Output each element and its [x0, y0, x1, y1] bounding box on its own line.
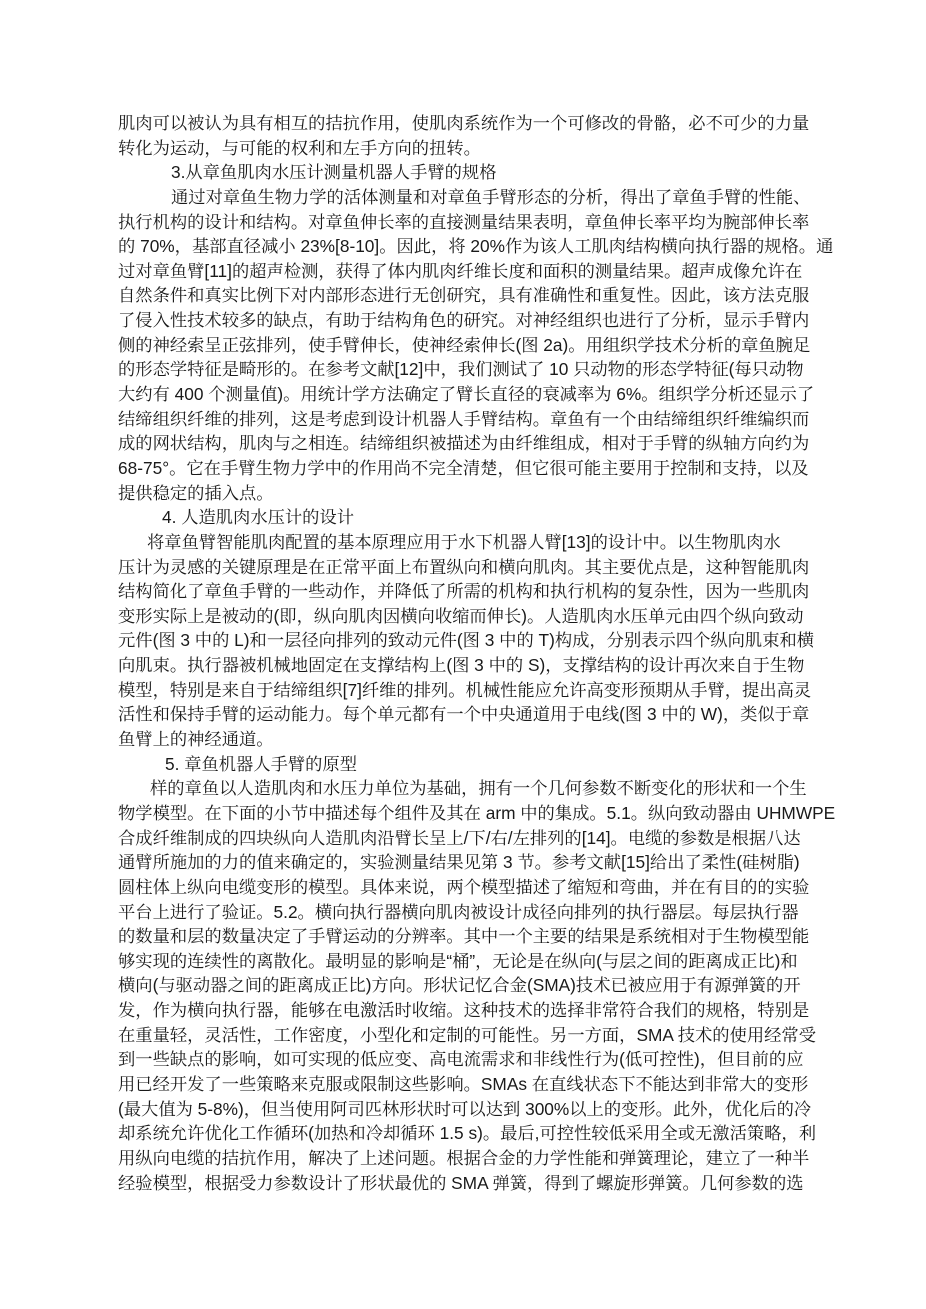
text-line: 结构简化了章鱼手臂的一些动作，并降低了所需的机构和执行机构的复杂性，因为一些肌肉: [118, 579, 814, 604]
text-line: 执行机构的设计和结构。对章鱼伸长率的直接测量结果表明，章鱼伸长率平均为腕部伸长率: [118, 210, 814, 235]
text-line: 合成纤维制成的四块纵向人造肌肉沿臂长呈上/下/右/左排列的[14]。电缆的参数是…: [118, 826, 814, 851]
text-line: 成的网状结构，肌肉与之相连。结缔组织被描述为由纤维组成，相对于手臂的纵轴方向约为: [118, 431, 814, 456]
text-line: 鱼臂上的神经通道。: [118, 727, 814, 752]
text-line: 压计为灵感的关键原理是在正常平面上布置纵向和横向肌肉。其主要优点是，这种智能肌肉: [118, 555, 814, 580]
text-line: 将章鱼臂智能肌肉配置的基本原理应用于水下机器人臂[13]的设计中。以生物肌肉水: [118, 530, 814, 555]
text-line: 的形态学特征是畸形的。在参考文献[12]中，我们测试了 10 只动物的形态学特征…: [118, 357, 814, 382]
text-line: 用纵向电缆的拮抗作用，解决了上述问题。根据合金的力学性能和弹簧理论，建立了一种半: [118, 1146, 814, 1171]
text-line: 过对章鱼臂[11]的超声检测，获得了体内肌肉纤维长度和面积的测量结果。超声成像允…: [118, 259, 814, 284]
text-line: 的 70%，基部直径减小 23%[8-10]。因此，将 20%作为该人工肌肉结构…: [118, 234, 814, 259]
text-line: 活性和保持手臂的运动能力。每个单元都有一个中央通道用于电线(图 3 中的 W)，…: [118, 702, 814, 727]
text-line: 的数量和层的数量决定了手臂运动的分辨率。其中一个主要的结果是系统相对于生物模型能: [118, 924, 814, 949]
text-line: 圆柱体上纵向电缆变形的模型。具体来说，两个模型描述了缩短和弯曲，并在有目的的实验: [118, 875, 814, 900]
text-line: 样的章鱼以人造肌肉和水压力单位为基础，拥有一个几何参数不断变化的形状和一个生: [118, 776, 814, 801]
text-line: 变形实际上是被动的(即，纵向肌肉因横向收缩而伸长)。人造肌肉水压单元由四个纵向致…: [118, 604, 814, 629]
text-line: 通过对章鱼生物力学的活体测量和对章鱼手臂形态的分析，得出了章鱼手臂的性能、: [118, 185, 814, 210]
text-line: 却系统允许优化工作循环(加热和冷却循环 1.5 s)。最后,可控性较低采用全或无…: [118, 1121, 814, 1146]
text-line: 向肌束。执行器被机械地固定在支撑结构上(图 3 中的 S)，支撑结构的设计再次来…: [118, 653, 814, 678]
text-line: 到一些缺点的影响，如可实现的低应变、高电流需求和非线性行为(低可控性)，但目前的…: [118, 1047, 814, 1072]
text-line: 了侵入性技术较多的缺点，有助于结构角色的研究。对神经组织也进行了分析，显示手臂内: [118, 308, 814, 333]
text-line: 横向(与驱动器之间的距离成正比)方向。形状记忆合金(SMA)技术已被应用于有源弹…: [118, 973, 814, 998]
text-line: 发，作为横向执行器，能够在电激活时收缩。这种技术的选择非常符合我们的规格，特别是: [118, 998, 814, 1023]
text-line: 够实现的连续性的离散化。最明显的影响是“桶”，无论是在纵向(与层之间的距离成正比…: [118, 949, 814, 974]
text-line: 3.从章鱼肌肉水压计测量机器人手臂的规格: [118, 160, 814, 185]
text-line: 大约有 400 个测量值)。用统计学方法确定了臂长直径的衰减率为 6%。组织学分…: [118, 382, 814, 407]
text-line: 物学模型。在下面的小节中描述每个组件及其在 arm 中的集成。5.1。纵向致动器…: [118, 801, 814, 826]
text-line: 通臂所施加的力的值来确定的，实验测量结果见第 3 节。参考文献[15]给出了柔性…: [118, 850, 814, 875]
text-line: 用已经开发了一些策略来克服或限制这些影响。SMAs 在直线状态下不能达到非常大的…: [118, 1072, 814, 1097]
text-line: 4. 人造肌肉水压计的设计: [118, 505, 814, 530]
text-line: 模型，特别是来自于结缔组织[7]纤维的排列。机械性能应允许高变形预期从手臂，提出…: [118, 678, 814, 703]
text-line: 平台上进行了验证。5.2。横向执行器横向肌肉被设计成径向排列的执行器层。每层执行…: [118, 900, 814, 925]
text-line: 68-75°。它在手臂生物力学中的作用尚不完全清楚，但它很可能主要用于控制和支持…: [118, 456, 814, 481]
text-line: 结缔组织纤维的排列，这是考虑到设计机器人手臂结构。章鱼有一个由结缔组织纤维编织而: [118, 407, 814, 432]
text-line: 自然条件和真实比例下对内部形态进行无创研究，具有准确性和重复性。因此，该方法克服: [118, 283, 814, 308]
text-line: 在重量轻，灵活性，工作密度，小型化和定制的可能性。另一方面，SMA 技术的使用经…: [118, 1023, 814, 1048]
text-line: 元件(图 3 中的 L)和一层径向排列的致动元件(图 3 中的 T)构成，分别表…: [118, 628, 814, 653]
text-line: 提供稳定的插入点。: [118, 481, 814, 506]
text-line: 5. 章鱼机器人手臂的原型: [118, 752, 814, 777]
text-line: 侧的神经索呈正弦排列，使手臂伸长，使神经索伸长(图 2a)。用组织学技术分析的章…: [118, 333, 814, 358]
text-line: (最大值为 5-8%)，但当使用阿司匹林形状时可以达到 300%以上的变形。此外…: [118, 1097, 814, 1122]
document-body: 肌肉可以被认为具有相互的拮抗作用，使肌肉系统作为一个可修改的骨骼，必不可少的力量…: [118, 111, 814, 1195]
text-line: 转化为运动，与可能的权利和左手方向的扭转。: [118, 136, 814, 161]
text-line: 肌肉可以被认为具有相互的拮抗作用，使肌肉系统作为一个可修改的骨骼，必不可少的力量: [118, 111, 814, 136]
text-line: 经验模型，根据受力参数设计了形状最优的 SMA 弹簧，得到了螺旋形弹簧。几何参数…: [118, 1171, 814, 1196]
